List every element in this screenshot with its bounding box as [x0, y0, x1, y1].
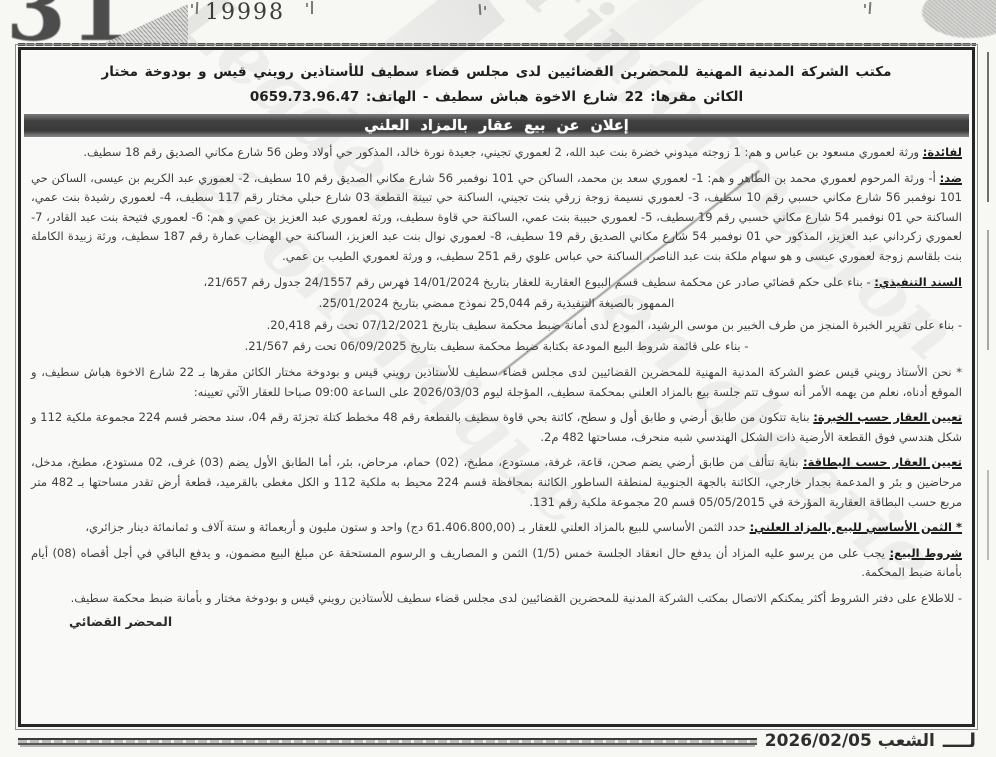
against-label: ضد:	[940, 171, 962, 185]
beneficiary-text: ورثة لعموري مسعود بن عباس و هم: 1 زوجته …	[83, 145, 919, 159]
section-executive-writ: السند التنفيذي: - بناء على حكم قضائي صاد…	[31, 273, 962, 357]
price-label: * الثمن الأساسي للبيع بالمزاد العلني:	[750, 520, 962, 534]
section-against: ضد: أ- ورثة المرحوم لعموري محمد بن الطاه…	[31, 169, 962, 267]
registration-tick	[869, 2, 872, 14]
registration-tick	[864, 4, 866, 8]
terms-label: شروط البيع:	[890, 546, 963, 560]
section-terms: شروط البيع: يجب على من يرسو عليه المزاد …	[31, 544, 962, 583]
terms-text: يجب على من يرسو عليه المزاد أن يدفع حال …	[31, 546, 962, 580]
section-card: تعيين العقار حسب البطاقة: بناية تتألف من…	[31, 453, 962, 512]
issue-number: 19998	[205, 0, 285, 25]
expertise-label: تعيين العقار حسب الخبرة:	[813, 410, 962, 424]
registration-tick	[311, 1, 313, 14]
card-label: تعيين العقار حسب البطاقة:	[803, 455, 962, 469]
section-info: - للاطلاع على دفتر الشروط أكثر يمكنكم ال…	[31, 589, 962, 609]
masthead-edge-glyph: لــــ	[943, 734, 976, 748]
registration-tick	[191, 4, 193, 8]
against-text: أ- ورثة المرحوم لعموري محمد بن الطاهر و …	[31, 171, 962, 263]
announcement-body: لفائدة: ورثة لعموري مسعود بن عباس و هم: …	[21, 137, 972, 703]
registration-tick	[306, 3, 308, 7]
section-expertise: تعيين العقار حسب الخبرة: بناية تتكون من …	[31, 408, 962, 447]
scan-corner-smudge	[922, 0, 996, 38]
section-price: * الثمن الأساسي للبيع بالمزاد العلني: حد…	[31, 518, 962, 538]
price-text: حدد الثمن الأساسي للبيع بالمزاد العلني ل…	[85, 520, 746, 534]
office-address-phone: الكائن مقرها: 22 شارع الاخوة هباش سطيف -…	[45, 89, 948, 105]
office-header: مكتب الشركة المدنية المهنية للمحضرين الق…	[21, 50, 972, 111]
writ-item: الممهور بالصيغة التنفيذية رقم 25,044 نمو…	[31, 294, 962, 314]
column-rule-segment	[987, 230, 989, 350]
announcement-banner-title: إعلان عن بيع عقار بالمزاد العلني	[24, 114, 969, 137]
beneficiary-label: لفائدة:	[923, 145, 962, 159]
publication-date: الشعب 2026/02/05	[765, 731, 935, 751]
writ-label: السند التنفيذي:	[874, 275, 962, 289]
registration-tick	[484, 6, 486, 10]
office-name: مكتب الشركة المدنية المهنية للمحضرين الق…	[45, 64, 948, 80]
writ-item: - بناء على قائمة شروط البيع المودعة بكتا…	[31, 337, 962, 357]
writ-item: - بناء على تقرير الخبرة المنجز من طرف ال…	[31, 316, 962, 336]
scan-grain-bar	[18, 43, 976, 46]
writ-item: السند التنفيذي: - بناء على حكم قضائي صاد…	[31, 273, 962, 293]
footer-rule: لــــ الشعب 2026/02/05	[18, 731, 976, 751]
footer-double-rule	[18, 738, 757, 745]
announcement-frame: مكتب الشركة المدنية المهنية للمحضرين الق…	[18, 47, 975, 727]
registration-tick	[479, 4, 482, 15]
column-rule-segment	[987, 470, 989, 560]
column-rule-segment	[987, 52, 989, 202]
bailiff-signature: المحضر القضائي	[31, 610, 962, 632]
section-notice: * نحن الأستاذ رويني قيس عضو الشركة المدن…	[31, 363, 962, 402]
registration-tick	[196, 2, 199, 14]
section-beneficiary: لفائدة: ورثة لعموري مسعود بن عباس و هم: …	[31, 143, 962, 163]
